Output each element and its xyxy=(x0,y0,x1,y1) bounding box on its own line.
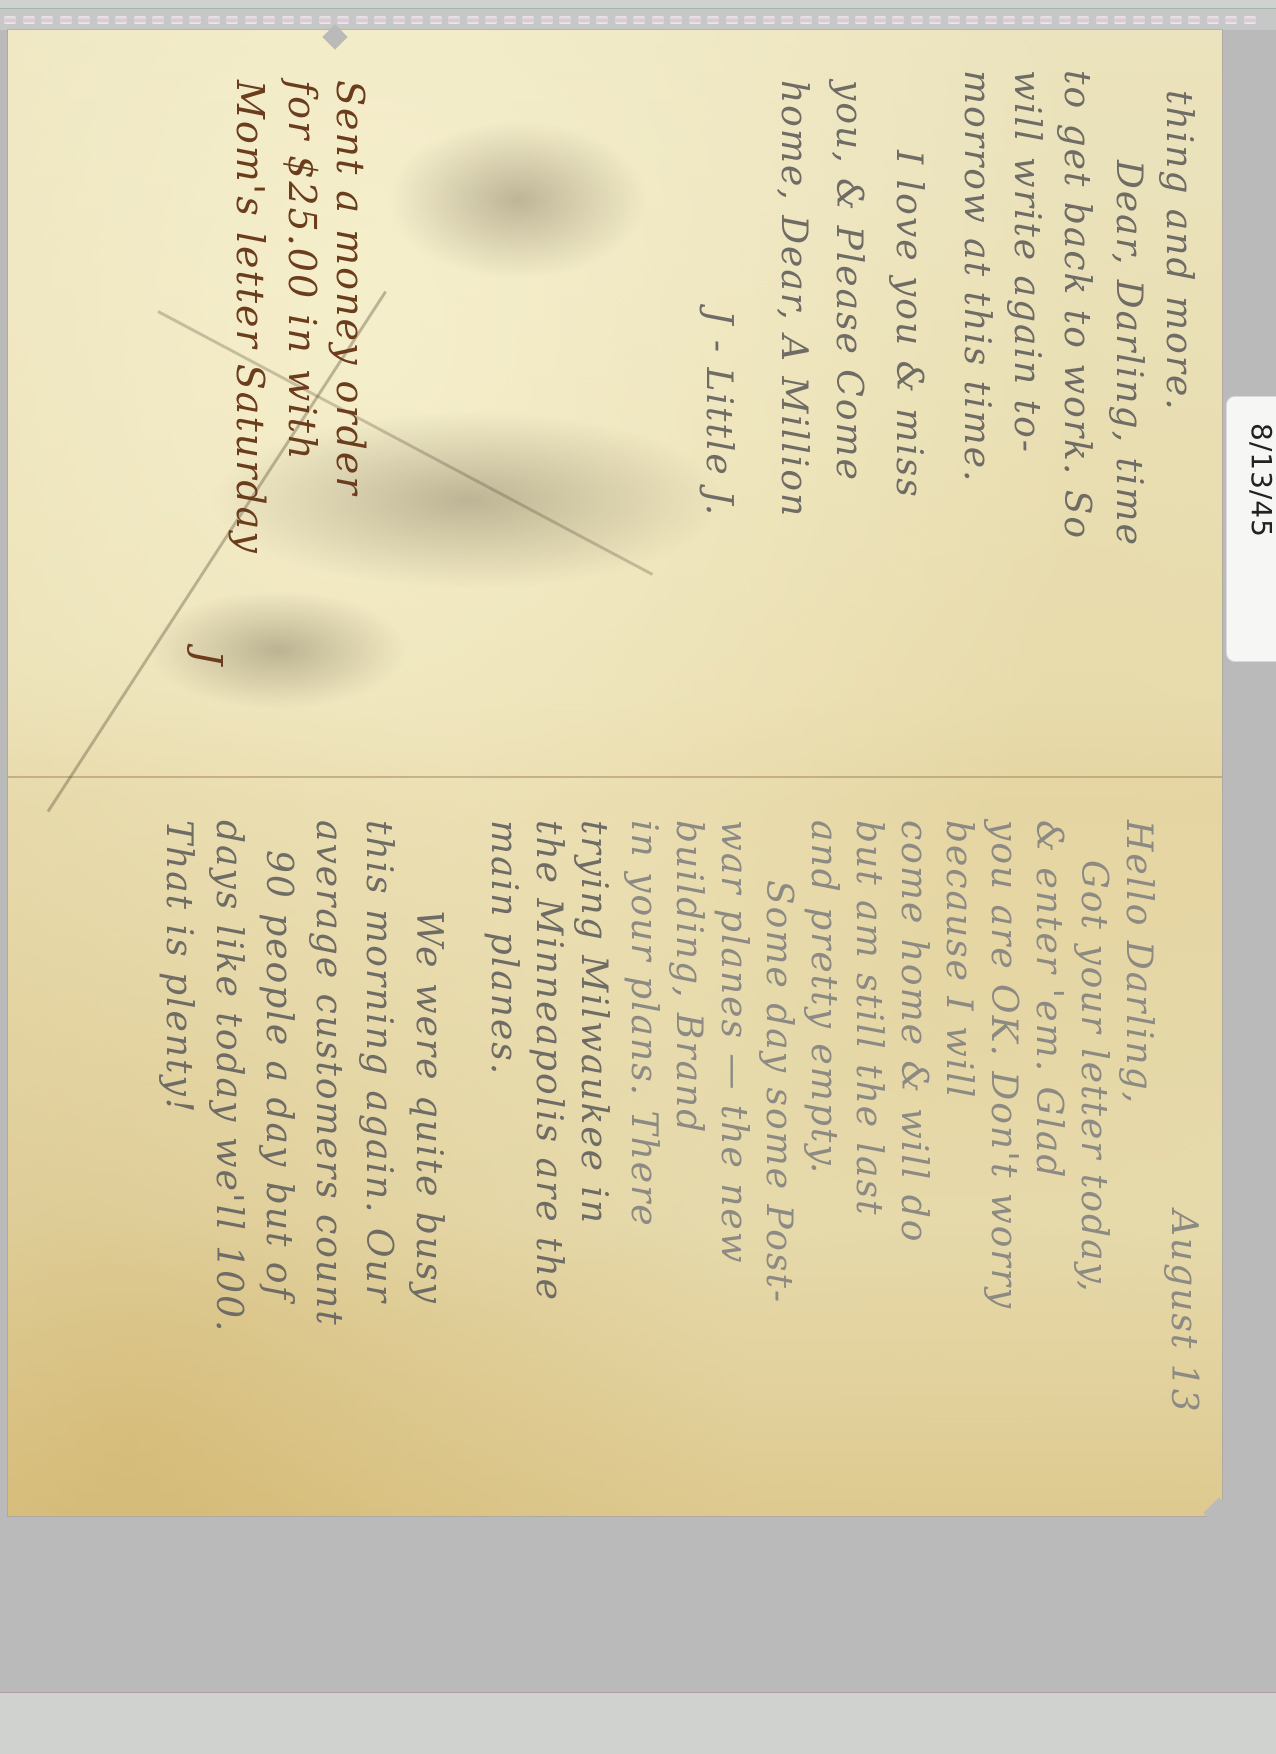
binder-hole xyxy=(689,16,701,24)
letter-line: but am still the last xyxy=(848,820,889,1216)
ink-note-initial: J xyxy=(186,650,230,667)
ink-note-line: Sent a money order xyxy=(328,80,372,497)
binder-hole xyxy=(300,16,312,24)
binder-hole xyxy=(948,16,960,24)
binder-hole xyxy=(152,16,164,24)
ink-note-line: for $25.00 in with xyxy=(280,80,324,461)
binder-hole xyxy=(985,16,997,24)
binder-hole xyxy=(892,16,904,24)
binder-hole xyxy=(744,16,756,24)
binder-hole xyxy=(393,16,405,24)
binder-hole xyxy=(448,16,460,24)
binder-hole xyxy=(1040,16,1052,24)
letter-line: Dear, Darling, time xyxy=(1108,160,1149,547)
stain xyxy=(388,120,648,280)
binder-hole xyxy=(374,16,386,24)
binder-hole xyxy=(189,16,201,24)
binder-hole xyxy=(652,16,664,24)
binder-hole xyxy=(596,16,608,24)
binder-hole xyxy=(263,16,275,24)
binder-hole xyxy=(633,16,645,24)
binder-hole xyxy=(1225,16,1237,24)
binder-hole xyxy=(1114,16,1126,24)
binder-hole xyxy=(245,16,257,24)
binder-hole xyxy=(522,16,534,24)
binder-hole xyxy=(781,16,793,24)
letter-line: war planes — the new xyxy=(713,820,754,1265)
letter-line: building, Brand xyxy=(668,820,709,1134)
binder-hole xyxy=(171,16,183,24)
binder-hole xyxy=(1096,16,1108,24)
archive-date-label: 8/13/45 xyxy=(1227,397,1276,661)
binder-hole xyxy=(1188,16,1200,24)
letter-line: Got your letter today, xyxy=(1073,860,1114,1294)
letter-line: the Minneapolis are the xyxy=(528,820,569,1302)
binder-hole xyxy=(226,16,238,24)
binder-hole xyxy=(1022,16,1034,24)
letter-line: That is plenty! xyxy=(158,820,199,1114)
sleeve-binding-strip xyxy=(0,8,1276,30)
binder-hole xyxy=(800,16,812,24)
binder-hole xyxy=(1170,16,1182,24)
letter-line: you are OK. Don't worry xyxy=(983,820,1024,1310)
binder-hole xyxy=(319,16,331,24)
letter-line: you, & Please Come xyxy=(828,80,869,482)
letter-line: this morning again. Our xyxy=(358,820,399,1304)
binder-hole xyxy=(837,16,849,24)
letter-line: Some day some Post- xyxy=(758,880,799,1304)
letter-line: because I will xyxy=(938,820,979,1099)
binder-hole xyxy=(670,16,682,24)
binder-hole xyxy=(485,16,497,24)
letter-line: and pretty empty. xyxy=(803,820,844,1175)
binder-hole xyxy=(97,16,109,24)
binder-hole xyxy=(208,16,220,24)
letter-line: 90 people a day but of xyxy=(258,850,299,1301)
letter-date: August 13 xyxy=(1163,1210,1204,1414)
binder-hole xyxy=(707,16,719,24)
letter-line: days like today we'll 100. xyxy=(208,820,249,1333)
binder-hole xyxy=(726,16,738,24)
fold-line xyxy=(8,776,1222,778)
letter-line: I love you & miss xyxy=(888,150,929,499)
letter-line: will write again to- xyxy=(1006,70,1047,454)
binder-hole xyxy=(541,16,553,24)
binder-hole xyxy=(578,16,590,24)
binder-hole xyxy=(282,16,294,24)
binder-hole xyxy=(504,16,516,24)
letter-line: average customers count xyxy=(308,820,349,1327)
letter-line: We were quite busy xyxy=(408,910,449,1305)
binder-hole xyxy=(467,16,479,24)
letter-line: home, Dear, A Million xyxy=(773,80,814,518)
binder-hole xyxy=(855,16,867,24)
binder-hole xyxy=(1133,16,1145,24)
binder-hole xyxy=(134,16,146,24)
binder-hole xyxy=(929,16,941,24)
letter-sheet: thing and more. Dear, Darling, time to g… xyxy=(8,30,1222,1516)
binder-hole xyxy=(1151,16,1163,24)
letter-line: to get back to work. So xyxy=(1056,70,1097,540)
letter-line: Hello Darling, xyxy=(1118,820,1159,1105)
letter-line: & enter 'em. Glad xyxy=(1028,820,1069,1179)
binder-hole xyxy=(1003,16,1015,24)
letter-line: thing and more. xyxy=(1158,90,1199,412)
binder-hole xyxy=(966,16,978,24)
binder-hole xyxy=(911,16,923,24)
ink-note-line: Mom's letter Saturday xyxy=(228,80,272,555)
archive-date: 8/13/45 xyxy=(1245,423,1276,538)
binder-hole xyxy=(615,16,627,24)
binder-hole xyxy=(356,16,368,24)
binder-hole xyxy=(1059,16,1071,24)
letter-line: come home & will do xyxy=(893,820,934,1243)
binder-hole xyxy=(337,16,349,24)
binder-hole xyxy=(23,16,35,24)
binder-hole xyxy=(41,16,53,24)
binder-hole xyxy=(60,16,72,24)
binder-hole xyxy=(78,16,90,24)
binder-hole xyxy=(1244,16,1256,24)
letter-line: main planes. xyxy=(483,820,524,1076)
letter-line: morrow at this time. xyxy=(956,70,997,483)
binder-hole xyxy=(763,16,775,24)
binder-hole xyxy=(874,16,886,24)
binder-hole xyxy=(818,16,830,24)
letter-line: in your plans. There xyxy=(623,820,664,1228)
binder-hole xyxy=(4,16,16,24)
binder-hole xyxy=(430,16,442,24)
binder-hole xyxy=(115,16,127,24)
binder-hole xyxy=(1207,16,1219,24)
binder-hole xyxy=(1077,16,1089,24)
binder-hole xyxy=(411,16,423,24)
signature: J - Little J. xyxy=(698,310,739,517)
letter-line: trying Milwaukee in xyxy=(573,820,614,1225)
binder-hole xyxy=(559,16,571,24)
